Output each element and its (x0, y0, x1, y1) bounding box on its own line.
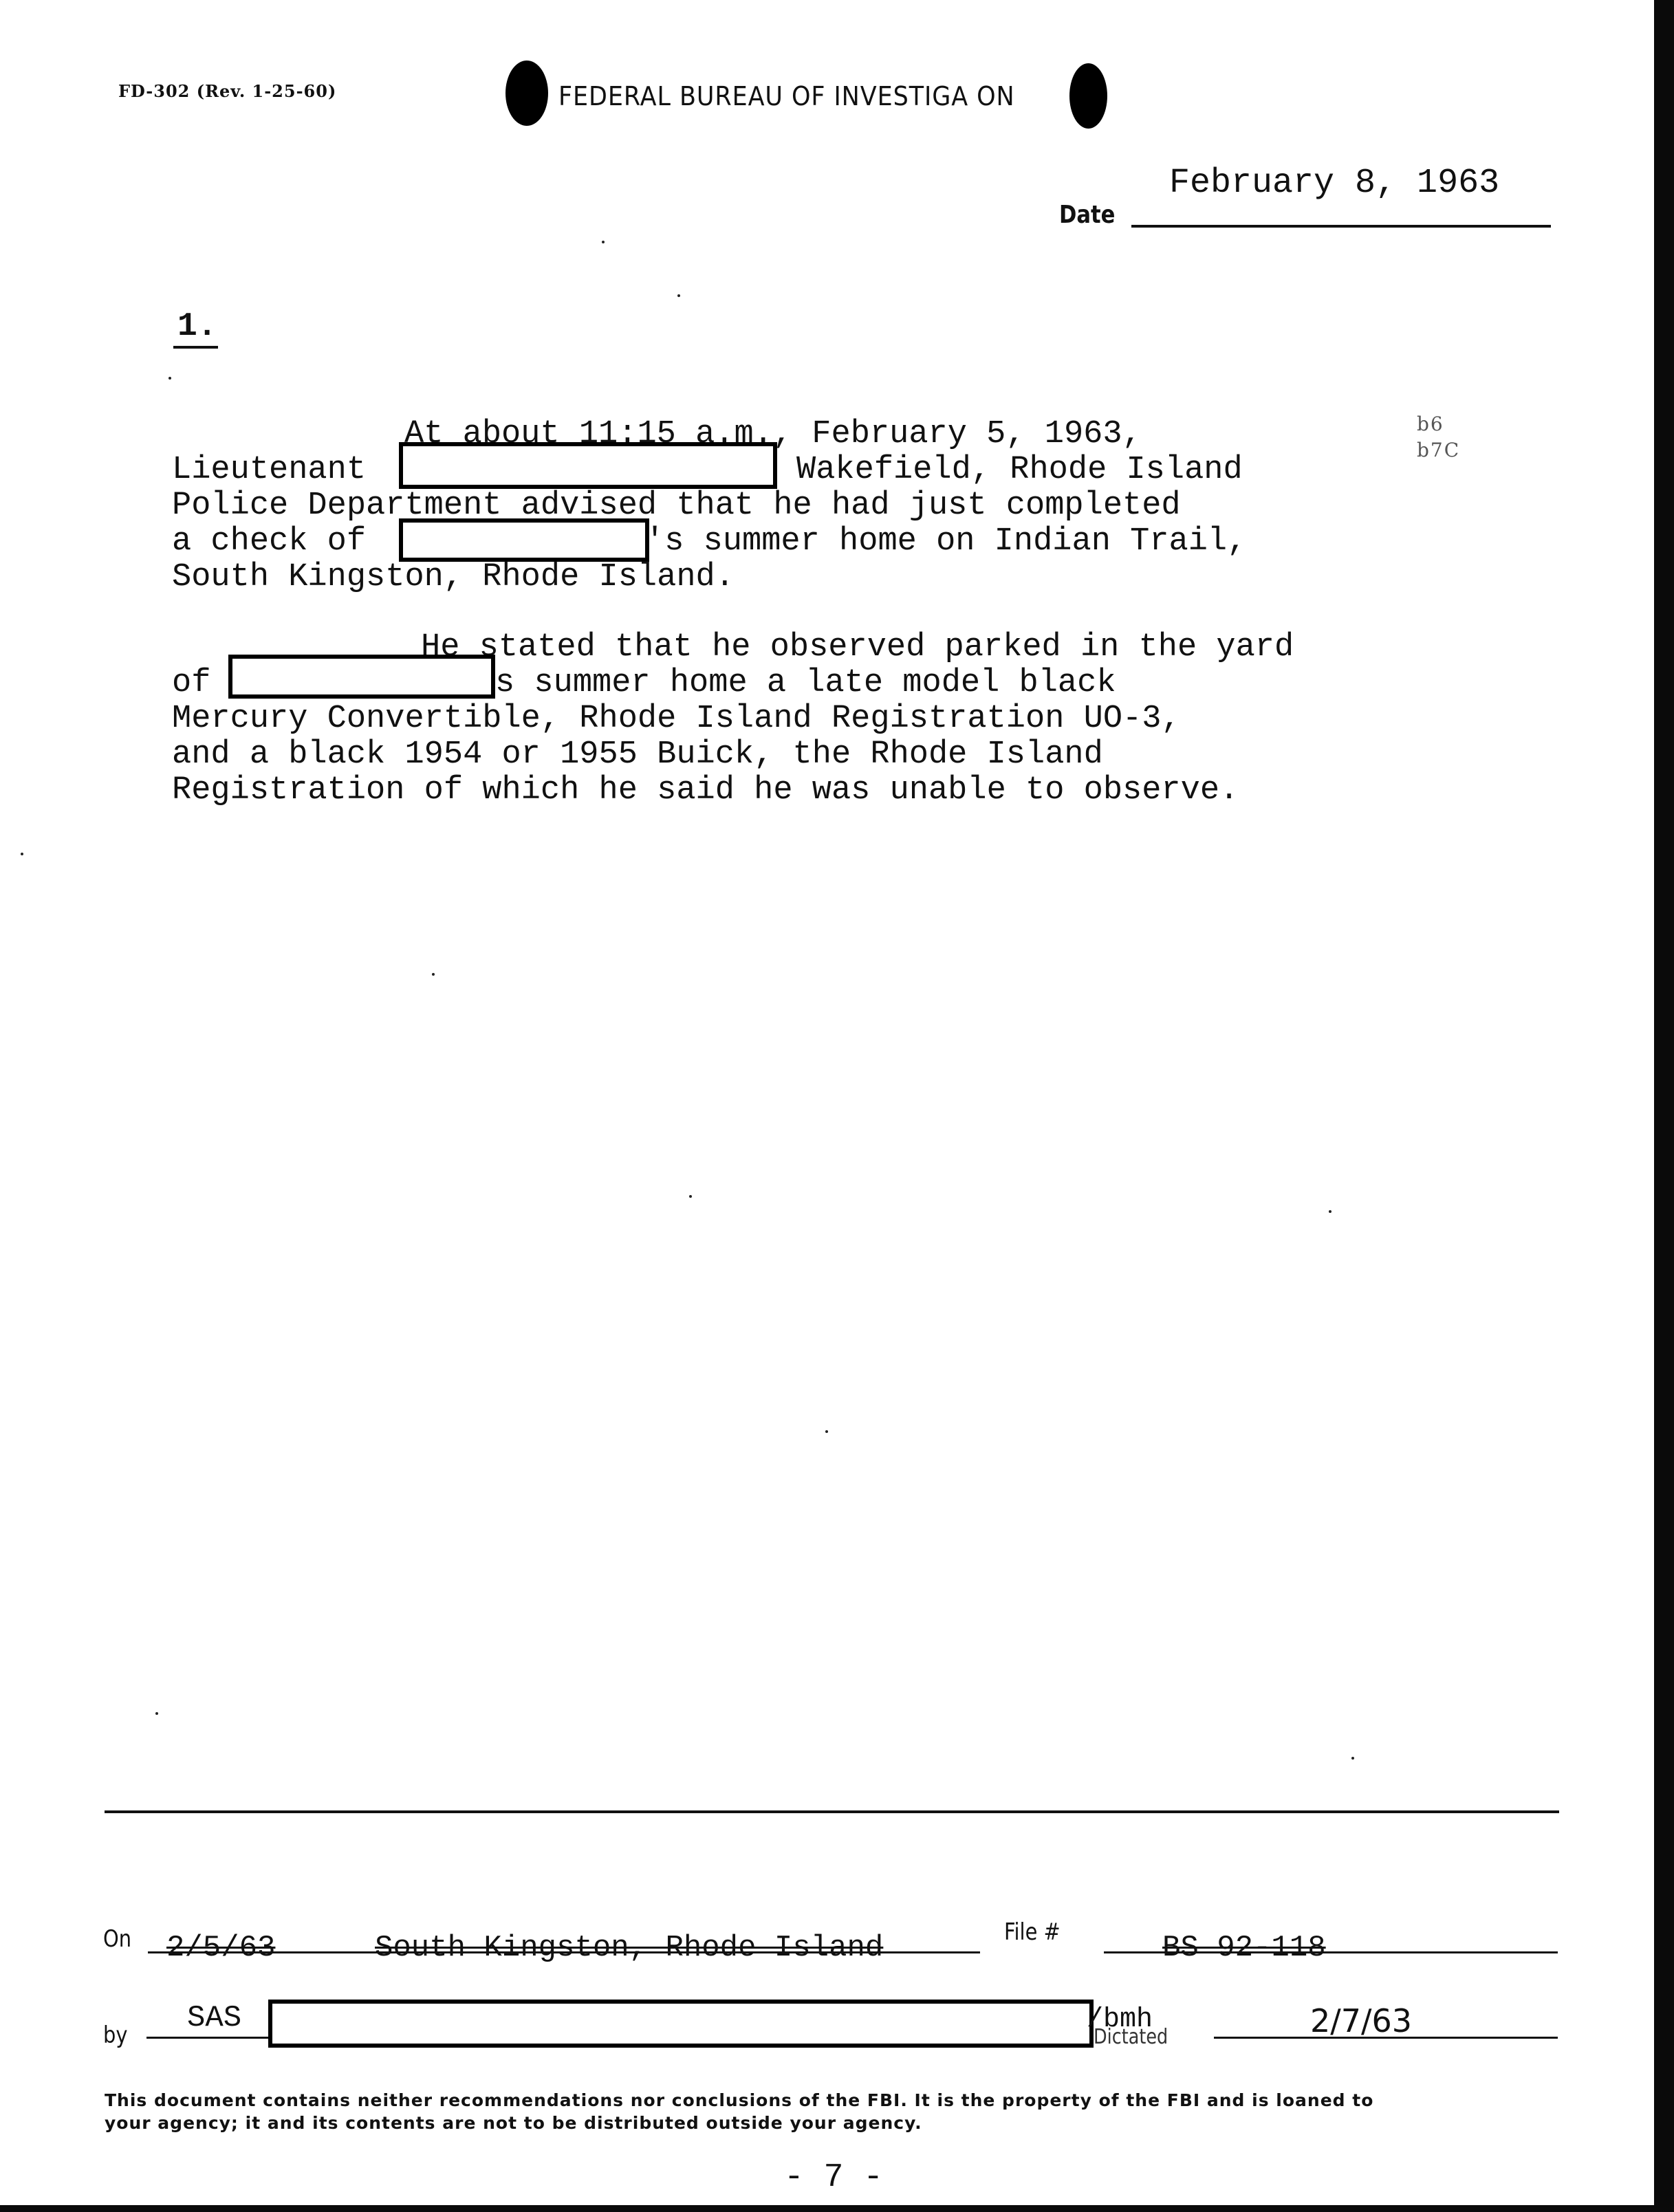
fd302-document-page: FD-302 (Rev. 1-25-60) FEDERAL BUREAU OF … (0, 0, 1674, 2212)
dictated-date: 2/7/63 (1310, 2002, 1412, 2039)
p1-line-2-suffix: Wakefield, Rhode Island (796, 452, 1243, 488)
p2-line-5: Registration of which he said he was una… (172, 773, 1239, 809)
p1-line-4-prefix: a check of (172, 524, 366, 560)
scan-speck (21, 853, 23, 855)
scan-speck (169, 377, 171, 380)
scan-speck (155, 1712, 158, 1715)
p2-line-3: Mercury Convertible, Rhode Island Regist… (172, 701, 1181, 737)
scan-speck (825, 1430, 828, 1433)
scan-speck (677, 294, 680, 297)
p2-line-1: He stated that he observed parked in the… (421, 630, 1294, 666)
scan-edge-bottom (0, 2205, 1674, 2212)
foia-exemption-codes: b6 b7C (1417, 411, 1460, 463)
p1-line-5: South Kingston, Rhode Island. (172, 560, 735, 595)
page-number: - 7 - (784, 2159, 883, 2196)
item-number: 1. (177, 308, 217, 345)
scan-speck (432, 973, 435, 976)
p1-line-3: Police Department advised that he had ju… (172, 488, 1181, 524)
footer-divider (105, 1810, 1559, 1813)
p2-line-2-suffix: s summer home a late model black (495, 666, 1116, 701)
scan-edge-right (1654, 0, 1674, 2212)
form-id: FD-302 (Rev. 1-25-60) (118, 81, 336, 101)
redaction-box (399, 442, 777, 489)
scan-speck (689, 1195, 692, 1198)
scan-speck (1351, 1757, 1354, 1760)
item-number-underline (173, 346, 218, 349)
redaction-box (228, 655, 495, 699)
scan-speck (602, 241, 605, 243)
dictated-label: Dictated (1094, 2025, 1168, 2049)
by-label: by (103, 2022, 127, 2049)
scan-speck (1329, 1210, 1331, 1213)
interview-date: 2/5/63 (166, 1931, 275, 1965)
punch-hole-icon (506, 61, 548, 126)
redaction-box (268, 2000, 1094, 2048)
date-underline (1131, 225, 1551, 228)
p2-line-2-prefix: of (172, 666, 210, 701)
agency-title: FEDERAL BUREAU OF INVESTIGA ON (558, 81, 1015, 111)
on-label: On (103, 1925, 131, 1953)
disclaimer-line-2: your agency; it and its contents are not… (105, 2112, 1563, 2134)
report-date: February 8, 1963 (1169, 164, 1499, 203)
file-number: BS 92-118 (1162, 1931, 1326, 1965)
disclaimer-line-1: This document contains neither recommend… (105, 2089, 1563, 2112)
punch-hole-icon (1069, 63, 1107, 129)
interview-place: South Kingston, Rhode Island (375, 1931, 883, 1965)
p1-line-4-suffix: 's summer home on Indian Trail, (645, 524, 1246, 560)
p2-line-4: and a black 1954 or 1955 Buick, the Rhod… (172, 737, 1103, 773)
by-underline (146, 2037, 270, 2039)
fbi-disclaimer: This document contains neither recommend… (105, 2089, 1563, 2134)
file-label: File # (1004, 1918, 1061, 1946)
redaction-box (399, 518, 649, 562)
p1-line-2-prefix: Lieutenant (172, 452, 366, 488)
exemption-code: b7C (1417, 437, 1460, 463)
agent-initials: SAS (187, 2001, 241, 2035)
exemption-code: b6 (1417, 411, 1460, 437)
date-label: Date (1059, 201, 1115, 229)
